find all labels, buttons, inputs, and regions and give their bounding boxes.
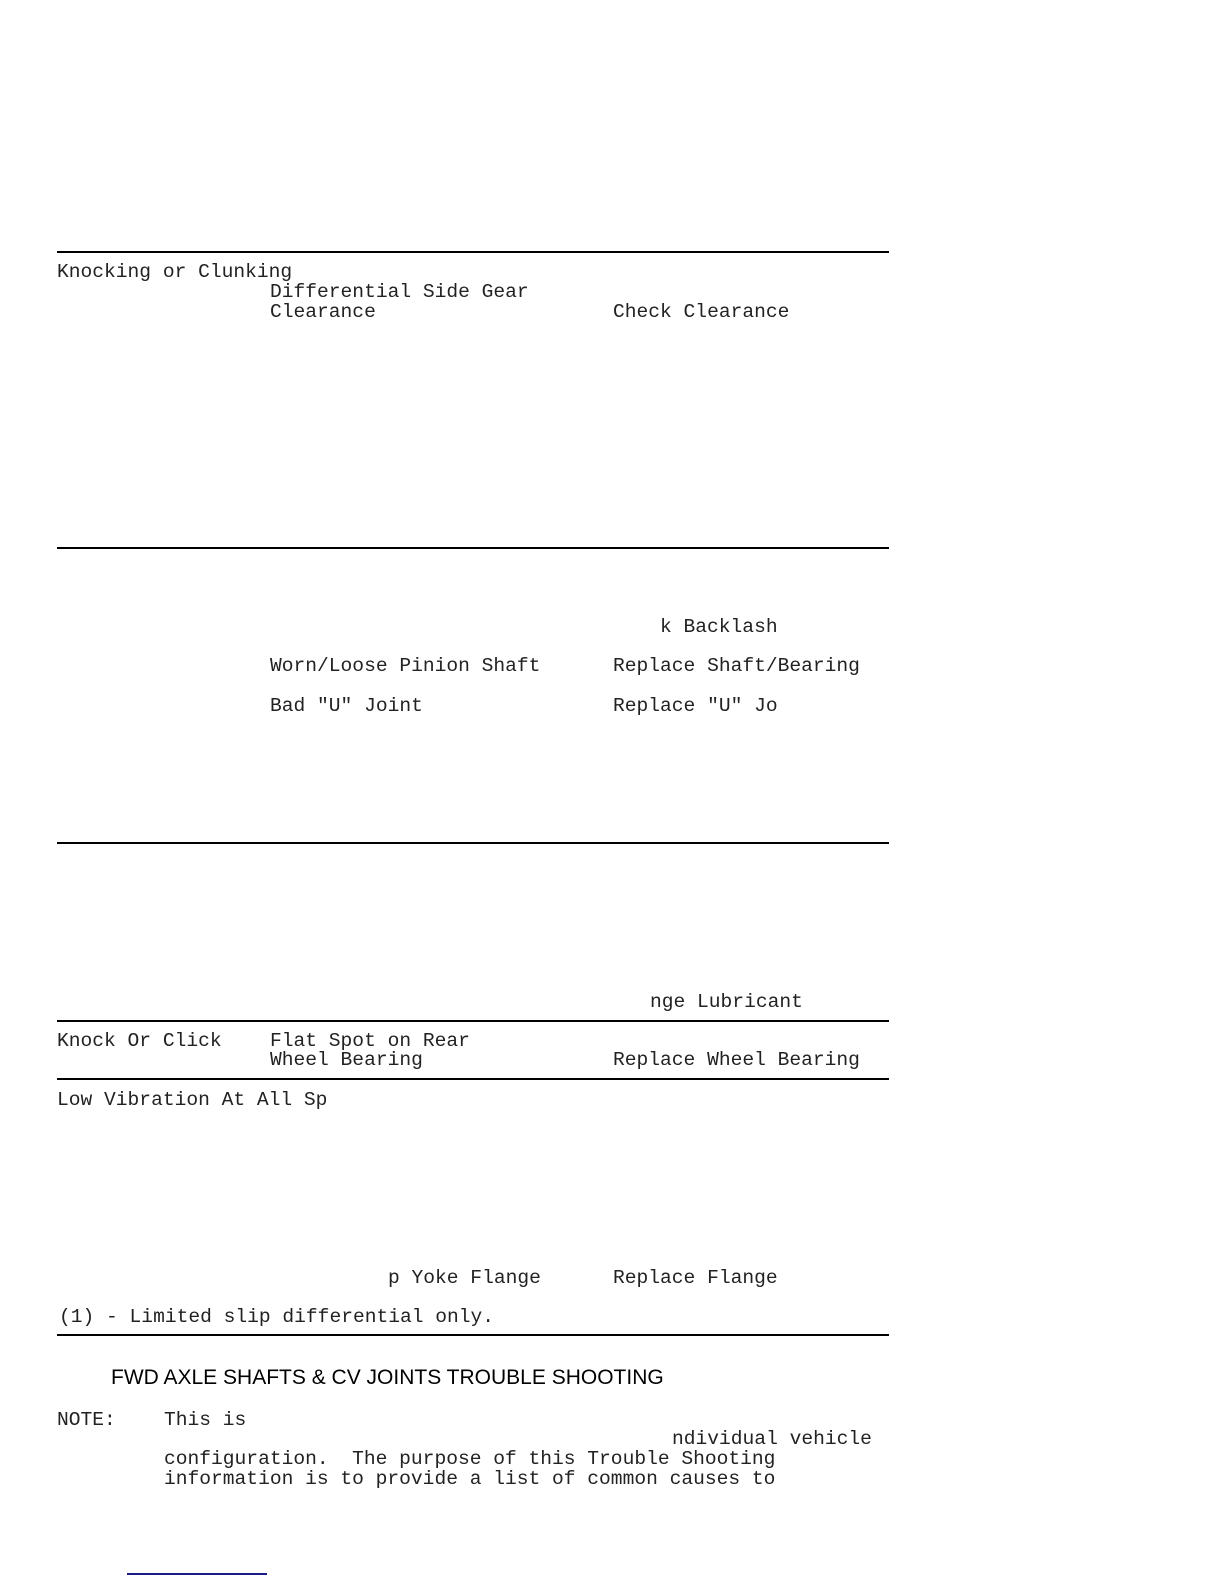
cause-cell: p Yoke Flange — [388, 1268, 541, 1288]
correction-cell: Replace Wheel Bearing — [613, 1050, 860, 1070]
cause-cell: Worn/Loose Pinion Shaft — [270, 656, 540, 676]
table-divider — [57, 1020, 889, 1022]
correction-cell: nge Lubricant — [650, 992, 803, 1012]
table-divider — [57, 1334, 889, 1336]
correction-cell: Replace Shaft/Bearing — [613, 656, 860, 676]
cause-cell: Wheel Bearing — [270, 1050, 423, 1070]
cause-cell: Bad "U" Joint — [270, 696, 423, 716]
cause-cell: Differential Side Gear — [270, 282, 529, 302]
table-divider — [57, 842, 889, 844]
condition-cell: Knock Or Click — [57, 1031, 222, 1051]
table-divider — [57, 1078, 889, 1080]
correction-cell: Check Clearance — [613, 302, 789, 322]
correction-cell: Replace "U" Jo — [613, 696, 778, 716]
table-divider — [57, 547, 889, 549]
table-footnote: (1) - Limited slip differential only. — [59, 1307, 494, 1327]
table-divider — [57, 251, 889, 253]
link-underline[interactable] — [127, 1573, 267, 1575]
note-text-line: configuration. The purpose of this Troub… — [164, 1449, 775, 1469]
cause-cell: Flat Spot on Rear — [270, 1031, 470, 1051]
correction-cell: Replace Flange — [613, 1268, 778, 1288]
note-label: NOTE: — [57, 1410, 116, 1430]
correction-cell: k Backlash — [660, 617, 778, 637]
condition-cell: Knocking or Clunking — [57, 262, 292, 282]
note-text-line: ndividual vehicle — [672, 1429, 872, 1449]
note-text-line: This is — [164, 1410, 246, 1430]
note-text-line: information is to provide a list of comm… — [164, 1469, 775, 1489]
section-title: FWD AXLE SHAFTS & CV JOINTS TROUBLE SHOO… — [111, 1366, 664, 1390]
cause-cell: Clearance — [270, 302, 376, 322]
condition-cell: Low Vibration At All Sp — [57, 1090, 327, 1110]
